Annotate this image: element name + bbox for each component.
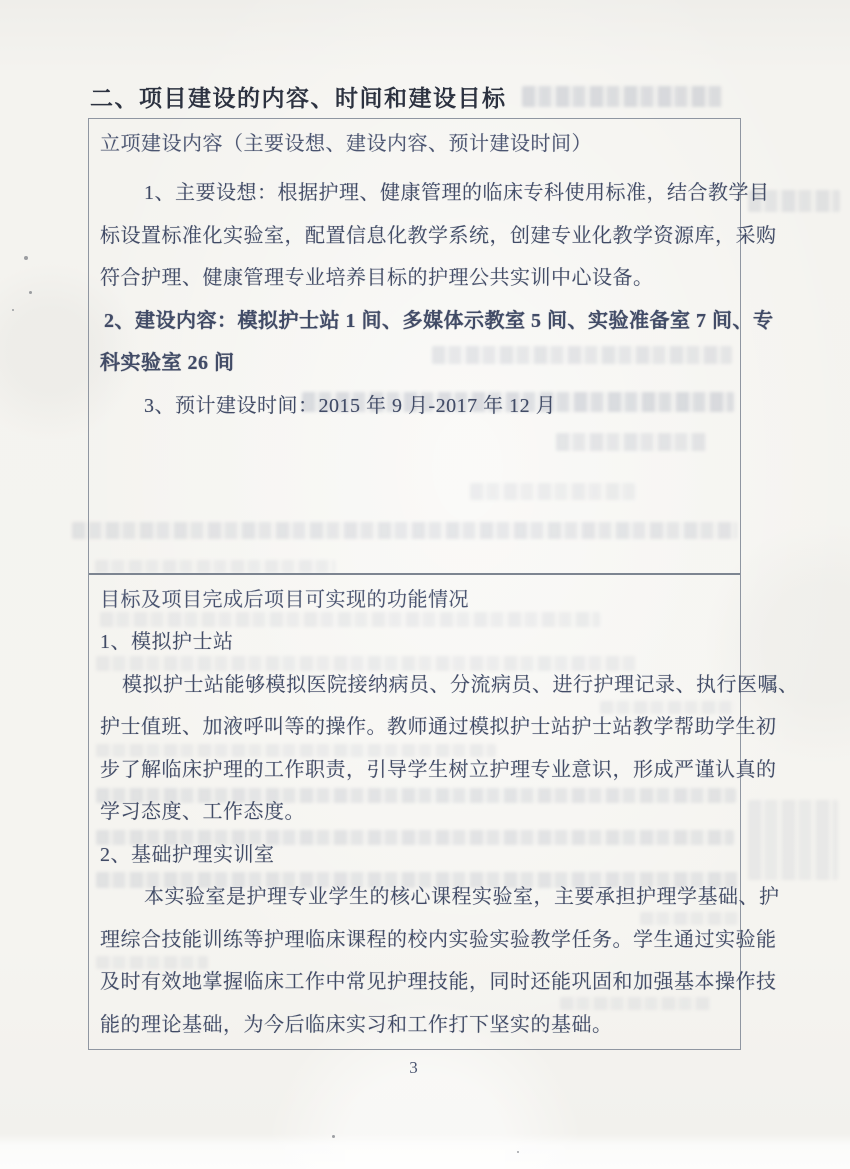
bleed-through-mark	[748, 800, 838, 880]
scan-speck	[24, 256, 28, 260]
row1-line: 标设置标准化实验室，配置信息化教学系统，创建专业化教学资源库，采购	[100, 215, 730, 258]
row2-line: 及时有效地掌握临床工作中常见护理技能，同时还能巩固和加强基本操作技	[100, 961, 730, 1004]
row2-line: 学习态度、工作态度。	[100, 791, 730, 834]
row2-line: 本实验室是护理专业学生的核心课程实验室，主要承担护理学基础、护	[100, 876, 730, 919]
scan-speck	[517, 1151, 519, 1153]
row2-line: 模拟护士站能够模拟医院接纳病员、分流病员、进行护理记录、执行医嘱、	[100, 664, 730, 707]
section-heading: 二、项目建设的内容、时间和建设目标	[90, 80, 750, 113]
content-table: 立项建设内容（主要设想、建设内容、预计建设时间） 1、主要设想：根据护理、健康管…	[88, 118, 741, 1050]
row2-label: 目标及项目完成后项目可实现的功能情况	[100, 579, 730, 621]
scanned-document-page: 二、项目建设的内容、时间和建设目标 立项建设内容（主要设想、建设内容、预计建设时…	[0, 0, 850, 1169]
row2-line: 能的理论基础，为今后临床实习和工作打下坚实的基础。	[100, 1004, 730, 1047]
row2-line: 理综合技能训练等护理临床课程的校内实验实验教学任务。学生通过实验能	[100, 919, 730, 962]
row2-line: 步了解临床护理的工作职责，引导学生树立护理专业意识，形成严谨认真的	[100, 749, 730, 792]
page-number: 3	[88, 1058, 739, 1078]
row1-line: 科实验室 26 间	[100, 342, 730, 385]
row1-line: 符合护理、健康管理专业培养目标的护理公共实训中心设备。	[100, 257, 730, 300]
row1-line: 3、预计建设时间：2015 年 9 月-2017 年 12 月	[100, 385, 730, 428]
row2-line: 1、模拟护士站	[100, 621, 730, 664]
row2-line: 护士值班、加液呼叫等的操作。教师通过模拟护士站护士站教学帮助学生初	[100, 706, 730, 749]
row1-line: 2、建设内容：模拟护士站 1 间、多媒体示教室 5 间、实验准备室 7 间、专	[100, 300, 730, 343]
scan-speck	[12, 309, 14, 311]
row1-label: 立项建设内容（主要设想、建设内容、预计建设时间）	[100, 123, 730, 165]
table-row-goals-functions: 目标及项目完成后项目可实现的功能情况 1、模拟护士站 模拟护士站能够模拟医院接纳…	[89, 575, 740, 1049]
row1-line: 1、主要设想：根据护理、健康管理的临床专科使用标准，结合教学目	[100, 172, 730, 215]
row2-line: 2、基础护理实训室	[100, 834, 730, 877]
table-row-construction-content: 立项建设内容（主要设想、建设内容、预计建设时间） 1、主要设想：根据护理、健康管…	[89, 119, 740, 575]
scan-speck	[29, 291, 32, 294]
scan-speck	[332, 1135, 335, 1138]
